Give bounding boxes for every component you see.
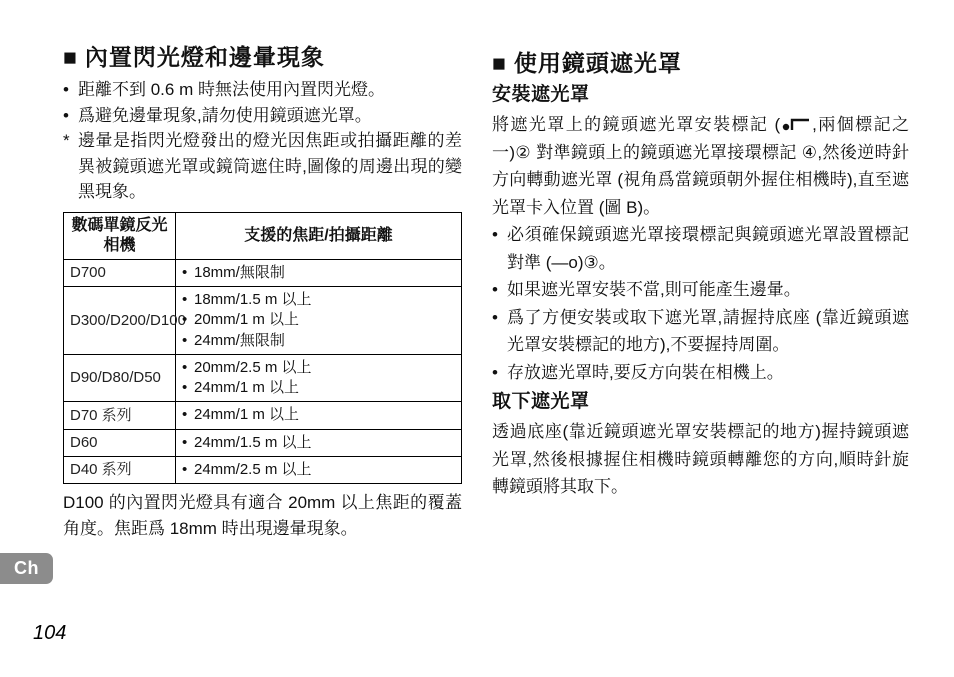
subheading-attach-hood: 安裝遮光罩 xyxy=(492,83,909,108)
range-item: 20mm/1 m 以上 xyxy=(194,310,299,330)
bullet-text: 爲了方便安裝或取下遮光罩,請握持底座 (靠近鏡頭遮光罩安裝標記的地方),不要握持… xyxy=(507,304,909,359)
camera-cell: D300/D200/D100 xyxy=(64,287,176,355)
table-row: D90/D80/D50 •20mm/2.5 m 以上 •24mm/1 m 以上 xyxy=(64,354,462,402)
attach-hood-paragraph: 將遮光罩上的鏡頭遮光罩安裝標記 (,兩個標記之一)② 對準鏡頭上的鏡頭遮光罩接環… xyxy=(492,111,909,221)
hood-alignment-mark-icon xyxy=(782,115,810,131)
section-heading-hood: ■使用鏡頭遮光罩 xyxy=(492,50,909,76)
range-item: 24mm/無限制 xyxy=(194,331,285,351)
bullet-icon: • xyxy=(180,263,194,283)
range-item: 24mm/1.5 m 以上 xyxy=(194,433,312,453)
range-cell: •24mm/1 m 以上 xyxy=(176,402,462,429)
page-number: 104 xyxy=(33,622,66,645)
section-heading-flash-text: 內置閃光燈和邊暈現象 xyxy=(85,44,325,70)
table-header-row: 數碼單鏡反光相機 支援的焦距/拍攝距離 xyxy=(64,212,462,259)
table-row: D60 •24mm/1.5 m 以上 xyxy=(64,429,462,456)
range-item: 24mm/1 m 以上 xyxy=(194,378,299,398)
bullet-icon: • xyxy=(180,460,194,480)
section-square-icon: ■ xyxy=(63,44,78,70)
column-header-camera: 數碼單鏡反光相機 xyxy=(64,212,176,259)
range-cell: •18mm/無限制 xyxy=(176,259,462,286)
bullet-icon: • xyxy=(180,405,194,425)
list-item: • 距離不到 0.6 m 時無法使用內置閃光燈。 xyxy=(63,77,462,103)
table-row: D70 系列 •24mm/1 m 以上 xyxy=(64,402,462,429)
column-header-range: 支援的焦距/拍攝距離 xyxy=(176,212,462,259)
attach-para-before-icon: 將遮光罩上的鏡頭遮光罩安裝標記 ( xyxy=(492,115,780,134)
table-row: D40 系列 •24mm/2.5 m 以上 xyxy=(64,456,462,483)
table-row: D300/D200/D100 •18mm/1.5 m 以上 •20mm/1 m … xyxy=(64,287,462,355)
bullet-icon: • xyxy=(180,310,194,330)
asterisk-marker: * xyxy=(63,128,78,205)
list-item: • 存放遮光罩時,要反方向裝在相機上。 xyxy=(492,359,909,387)
range-item: 20mm/2.5 m 以上 xyxy=(194,358,312,378)
camera-cell: D40 系列 xyxy=(64,456,176,483)
list-item: • 爲了方便安裝或取下遮光罩,請握持底座 (靠近鏡頭遮光罩安裝標記的地方),不要… xyxy=(492,304,909,359)
range-item: 18mm/1.5 m 以上 xyxy=(194,290,312,310)
bullet-text: 如果遮光罩安裝不當,則可能產生邊暈。 xyxy=(507,276,909,304)
bullet-icon: • xyxy=(492,304,507,359)
list-item: • 必須確保鏡頭遮光罩接環標記與鏡頭遮光罩設置標記對準 (—o)③。 xyxy=(492,221,909,276)
camera-cell: D60 xyxy=(64,429,176,456)
list-item: • 如果遮光罩安裝不當,則可能產生邊暈。 xyxy=(492,276,909,304)
bullet-icon: • xyxy=(180,433,194,453)
camera-cell: D70 系列 xyxy=(64,402,176,429)
footnote-text: 邊暈是指閃光燈發出的燈光因焦距或拍攝距離的差異被鏡頭遮光罩或鏡筒遮住時,圖像的周… xyxy=(78,128,462,205)
range-cell: •24mm/2.5 m 以上 xyxy=(176,456,462,483)
list-item: • 爲避免邊暈現象,請勿使用鏡頭遮光罩。 xyxy=(63,103,462,129)
table-row: D700 •18mm/無限制 xyxy=(64,259,462,286)
bullet-icon: • xyxy=(180,331,194,351)
bullet-icon: • xyxy=(492,276,507,304)
bullet-icon: • xyxy=(63,77,78,103)
flash-coverage-table: 數碼單鏡反光相機 支援的焦距/拍攝距離 D700 •18mm/無限制 D300/… xyxy=(63,212,462,484)
camera-cell: D700 xyxy=(64,259,176,286)
detach-hood-paragraph: 透過底座(靠近鏡頭遮光罩安裝標記的地方)握持鏡頭遮光罩,然後根據握住相機時鏡頭轉… xyxy=(492,418,909,501)
left-column: ■內置閃光燈和邊暈現象 • 距離不到 0.6 m 時無法使用內置閃光燈。 • 爲… xyxy=(63,44,462,541)
section-square-icon: ■ xyxy=(492,50,507,76)
section-heading-hood-text: 使用鏡頭遮光罩 xyxy=(514,50,682,76)
bullet-icon: • xyxy=(492,359,507,387)
bullet-icon: • xyxy=(63,103,78,129)
range-cell: •18mm/1.5 m 以上 •20mm/1 m 以上 •24mm/無限制 xyxy=(176,287,462,355)
right-column: ■使用鏡頭遮光罩 安裝遮光罩 將遮光罩上的鏡頭遮光罩安裝標記 (,兩個標記之一)… xyxy=(492,50,909,501)
range-item: 18mm/無限制 xyxy=(194,263,285,283)
bullet-text: 存放遮光罩時,要反方向裝在相機上。 xyxy=(507,359,909,387)
range-cell: •20mm/2.5 m 以上 •24mm/1 m 以上 xyxy=(176,354,462,402)
range-item: 24mm/2.5 m 以上 xyxy=(194,460,312,480)
range-cell: •24mm/1.5 m 以上 xyxy=(176,429,462,456)
d100-note: D100 的內置閃光燈具有適合 20mm 以上焦距的覆蓋角度。焦距爲 18mm … xyxy=(63,490,462,541)
range-item: 24mm/1 m 以上 xyxy=(194,405,299,425)
language-tab-ch: Ch xyxy=(0,553,53,584)
bullet-icon: • xyxy=(180,378,194,398)
bullet-text: 必須確保鏡頭遮光罩接環標記與鏡頭遮光罩設置標記對準 (—o)③。 xyxy=(507,221,909,276)
bullet-text: 爲避免邊暈現象,請勿使用鏡頭遮光罩。 xyxy=(78,103,462,129)
bullet-icon: • xyxy=(492,221,507,276)
bullet-text: 距離不到 0.6 m 時無法使用內置閃光燈。 xyxy=(78,77,462,103)
bullet-icon: • xyxy=(180,290,194,310)
list-item: * 邊暈是指閃光燈發出的燈光因焦距或拍攝距離的差異被鏡頭遮光罩或鏡筒遮住時,圖像… xyxy=(63,128,462,205)
section-heading-flash: ■內置閃光燈和邊暈現象 xyxy=(63,44,462,70)
bullet-icon: • xyxy=(180,358,194,378)
camera-cell: D90/D80/D50 xyxy=(64,354,176,402)
subheading-detach-hood: 取下遮光罩 xyxy=(492,390,909,415)
